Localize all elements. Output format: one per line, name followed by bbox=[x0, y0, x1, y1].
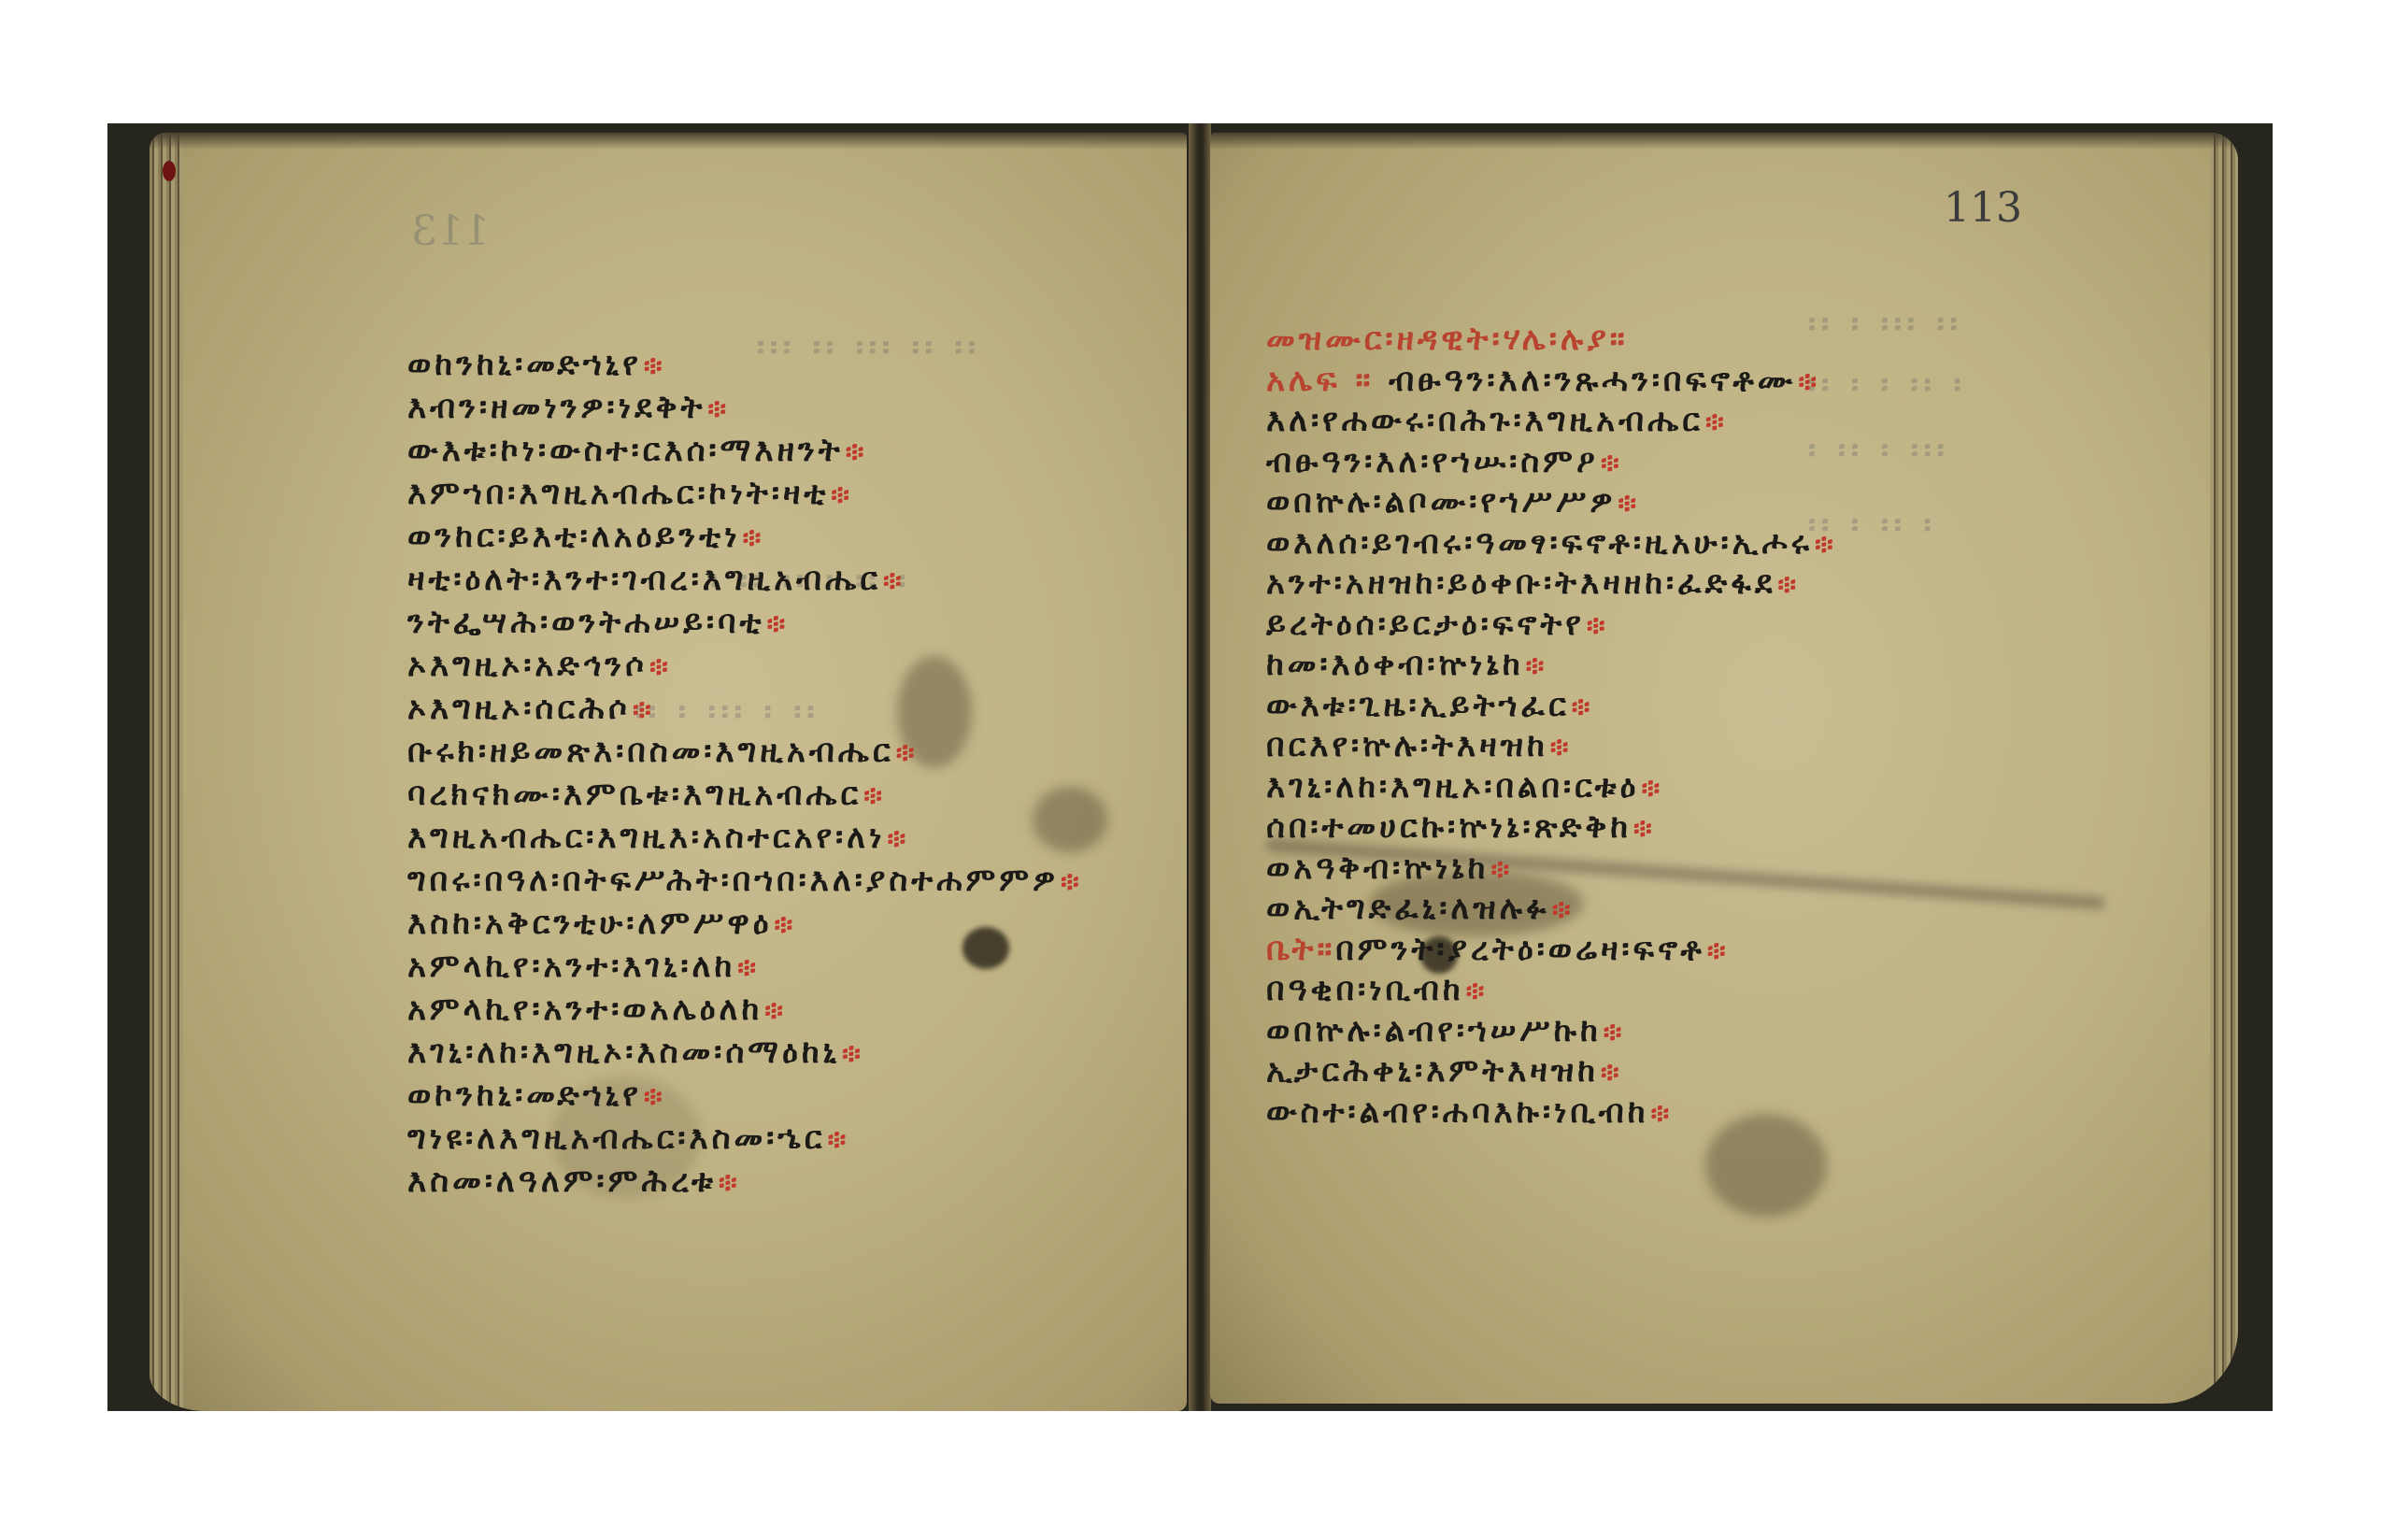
text-line: በርእየ፡ኵሉ፡ትእዛዝከ፨ bbox=[1266, 726, 1837, 767]
text-line: ኦእግዚኦ፡አድኅንሶ፨ bbox=[407, 644, 1083, 687]
text-line: እምኀበ፡እግዚአብሔር፡ኮነት፡ዛቲ፨ bbox=[407, 472, 1083, 515]
text-line: እስከ፡አቅርንቲሁ፡ለምሥዋዕ፨ bbox=[407, 902, 1083, 945]
text-line: አንተ፡አዘዝከ፡ይዕቀቡ፡ትእዛዘከ፡ፈድፋደ፨ bbox=[1266, 563, 1837, 605]
top-edge-shadow bbox=[1210, 133, 2238, 150]
page-number: 113 bbox=[1944, 184, 2022, 232]
text-line: አምላኪየ፡አንተ፡ወአሌዕለከ፨ bbox=[407, 988, 1083, 1031]
section-letter: አሌፍ ። bbox=[1266, 362, 1374, 399]
text-line: እገኒ፡ለከ፡እግዚኦ፡እስመ፡ሰማዕከኒ፨ bbox=[407, 1031, 1083, 1074]
text-line: ግነዩ፡ለእግዚአብሔር፡እስመ፡ኄር፨ bbox=[407, 1117, 1083, 1160]
text-line: ውእቱ፡ጊዜ፡ኢይትኀፈር፨ bbox=[1266, 686, 1837, 727]
text-line: እብን፡ዘመነንዎ፡ነደቅት፨ bbox=[407, 386, 1083, 429]
page-edges-left bbox=[150, 133, 183, 1411]
text-line: ወበኵሉ፡ልብየ፡ኀሠሥኩከ፨ bbox=[1266, 1011, 1837, 1052]
text-line: ቡሩክ፡ዘይመጽእ፡በስመ፡እግዚአብሔር፨ bbox=[407, 730, 1083, 773]
text-line: ወእለሰ፡ይገብሩ፡ዓመፃ፡ፍኖቶ፡ዚአሁ፡ኢሖሩ፨ bbox=[1266, 523, 1837, 564]
right-page-text: መዝሙር፡ዘዳዊት፡ሃሌ፡ሉያ። አሌፍ ። ብፁዓን፡እለ፡ንጹሓን፡በፍኖቶ… bbox=[1266, 320, 1837, 1133]
red-wax-mark bbox=[163, 161, 176, 181]
text-line: ወከንከኒ፡መድኀኒየ፨ bbox=[407, 343, 1083, 386]
text-line: ባረክናክሙ፡እምቤቱ፡እግዚአብሔር፨ bbox=[407, 773, 1083, 816]
text-line: እስመ፡ለዓለም፡ምሕረቱ፨ bbox=[407, 1160, 1083, 1203]
right-page: 113 ፡፡ ፡ ፡፡፡ ፡፡ ፡፡ ፡ ፡ ፡፡ ፡ ፡ ፡፡ ፡ ፡፡፡ ፡… bbox=[1210, 133, 2238, 1404]
section-letter: ቤት። bbox=[1266, 931, 1335, 968]
text-line: እገኒ፡ለከ፡እግዚኦ፡በልበ፡ርቱዕ፨ bbox=[1266, 767, 1837, 808]
text-line: እለ፡የሐውሩ፡በሕጉ፡እግዚአብሔር፨ bbox=[1266, 401, 1837, 442]
text-line: ዛቲ፡ዕለት፡እንተ፡ገብረ፡እግዚአብሔር፨ bbox=[407, 558, 1083, 601]
manuscript-photo: 113 ፡፡፡ ፡፡ ፡፡፡ ፡፡ ፡፡ ፡ ፡፡ ፡፡ ፡ ፡፡ ፡ ፡፡ ፡… bbox=[107, 123, 2273, 1411]
heading-line: መዝሙር፡ዘዳዊት፡ሃሌ፡ሉያ። bbox=[1266, 320, 1837, 361]
text-line: ወኢትግድፈኒ፡ለዝሉፉ፨ bbox=[1266, 889, 1837, 930]
text-line: እግዚአብሔር፡እግዚእ፡አስተርአየ፡ለነ፨ bbox=[407, 816, 1083, 859]
text-line: ወኮንከኒ፡መድኀኒየ፨ bbox=[407, 1074, 1083, 1117]
text-line: ብፁዓን፡እለ፡የኀሡ፡ስምዖ፨ bbox=[1266, 442, 1837, 483]
text-line: በዓቂበ፡ነቢብከ፨ bbox=[1266, 970, 1837, 1011]
page-number-showthrough: 113 bbox=[411, 207, 490, 255]
left-page: 113 ፡፡፡ ፡፡ ፡፡፡ ፡፡ ፡፡ ፡ ፡፡ ፡፡ ፡ ፡፡ ፡ ፡፡ ፡… bbox=[150, 133, 1187, 1411]
text-line: ውእቱ፡ኮነ፡ውስተ፡ርእሰ፡ማእዘንት፨ bbox=[407, 429, 1083, 472]
text-line: ወአዓቅብ፡ኵነኔከ፨ bbox=[1266, 848, 1837, 890]
text-line: ግበሩ፡በዓለ፡በትፍሥሕት፡በኀበ፡እለ፡ያስተሐምምዎ፨ bbox=[407, 859, 1083, 902]
text-line: ውስተ፡ልብየ፡ሐባእኩ፡ነቢብከ፨ bbox=[1266, 1092, 1837, 1134]
page-edges-right bbox=[2210, 133, 2238, 1404]
text-line: አምላኪየ፡አንተ፡እገኒ፡ለከ፨ bbox=[407, 945, 1083, 988]
text-line: ኢታርሕቀኒ፡እምትእዛዝከ፨ bbox=[1266, 1051, 1837, 1092]
text-line: ኦእግዚኦ፡ሰርሕሶ፨ bbox=[407, 687, 1083, 730]
text-line: ወበኵሉ፡ልቦሙ፡የኀሥሥዎ፨ bbox=[1266, 482, 1837, 523]
text-line: አሌፍ ። ብፁዓን፡እለ፡ንጹሓን፡በፍኖቶሙ፨ bbox=[1266, 361, 1837, 402]
text-line: ሰበ፡ተመሀርኩ፡ኵነኔ፡ጽድቅከ፨ bbox=[1266, 807, 1837, 848]
text-line: ከመ፡እዕቀብ፡ኵነኔከ፨ bbox=[1266, 645, 1837, 686]
text-line: ወንከር፡ይእቲ፡ለአዕይንቲነ፨ bbox=[407, 515, 1083, 558]
text-line: ንትፌሣሕ፡ወንትሐሠይ፡ባቲ፨ bbox=[407, 601, 1083, 644]
text-line: ይረትዕሰ፡ይርታዕ፡ፍኖትየ፨ bbox=[1266, 605, 1837, 646]
rubric-heading: መዝሙር፡ዘዳዊት፡ሃሌ፡ሉያ። bbox=[1266, 321, 1629, 358]
top-edge-shadow bbox=[150, 133, 1187, 150]
left-page-text: ወከንከኒ፡መድኀኒየ፨ እብን፡ዘመነንዎ፡ነደቅት፨ ውእቱ፡ኮነ፡ውስተ፡… bbox=[407, 343, 1083, 1203]
text-line: ቤት።በምንት፡ያረትዕ፡ወሬዛ፡ፍኖቶ፨ bbox=[1266, 930, 1837, 971]
book-gutter bbox=[1189, 123, 1211, 1411]
